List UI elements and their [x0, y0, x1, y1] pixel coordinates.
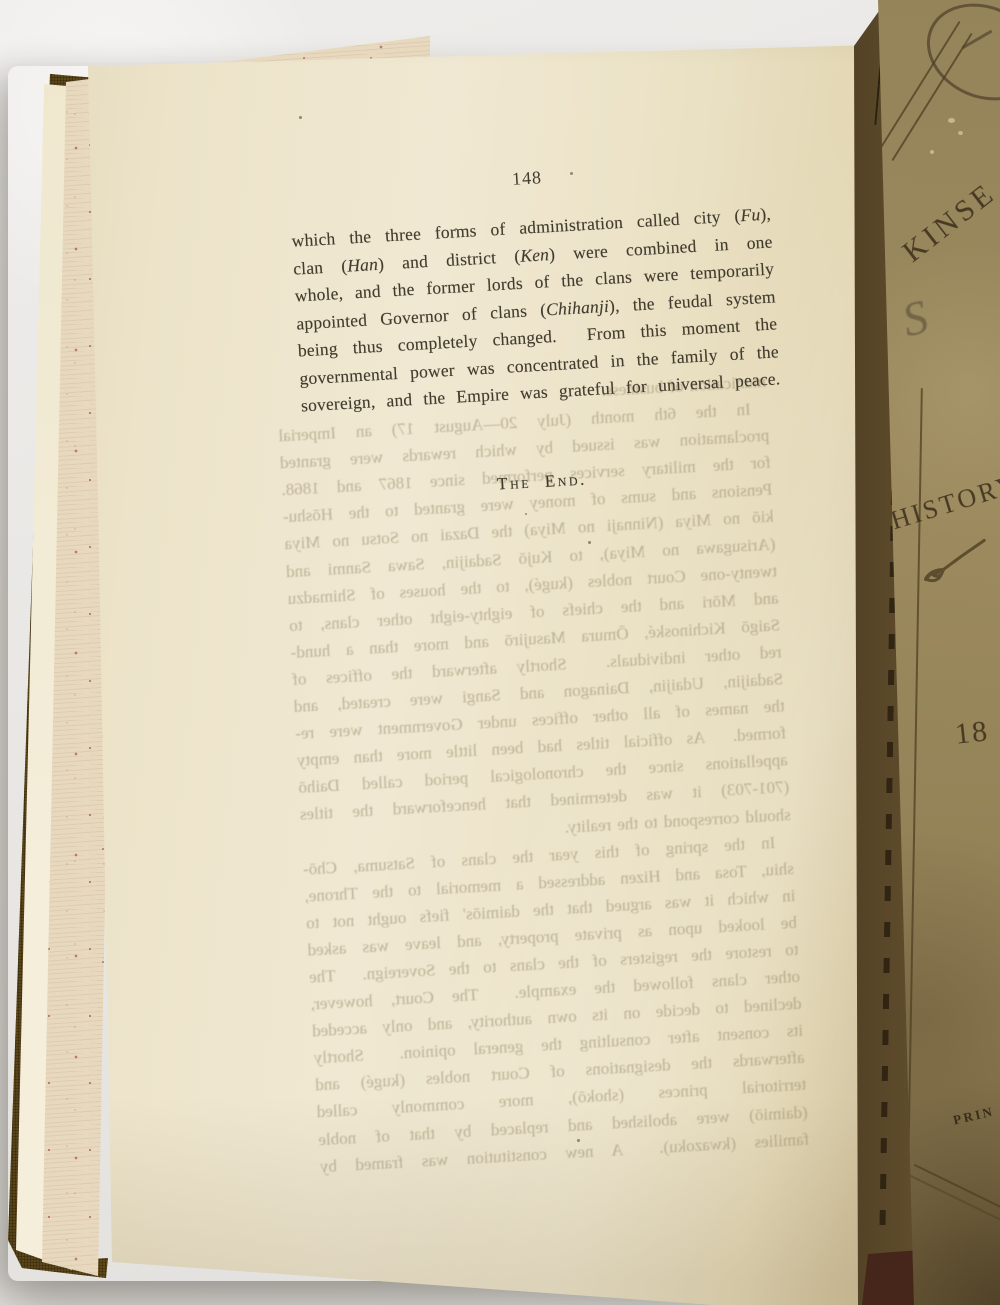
cover-title-fragment: KINSE — [896, 157, 1000, 270]
page-number: 148 — [471, 165, 582, 192]
cover-border-line — [914, 1164, 1000, 1218]
cover-border-line — [879, 21, 960, 149]
paper-speck — [299, 116, 302, 119]
cover-subtitle-fragment: HISTORY — [887, 458, 1000, 536]
book-page: munication of business. In the 6th month… — [0, 0, 1000, 1305]
cover-year-fragment: 18 — [953, 714, 990, 751]
body-paragraph: which the three forms of administration … — [291, 201, 781, 420]
cover-wear-fleck — [930, 150, 934, 154]
cover-imprint-fragment: PRIN — [952, 1104, 996, 1129]
handwritten-pencil-note: S — [897, 287, 943, 349]
cover-wear-fleck — [948, 118, 955, 123]
cover-flourish-ornament — [913, 538, 995, 593]
photo-of-open-book: munication of business. In the 6th month… — [0, 0, 1000, 1305]
cover-wear-fleck — [958, 131, 963, 135]
